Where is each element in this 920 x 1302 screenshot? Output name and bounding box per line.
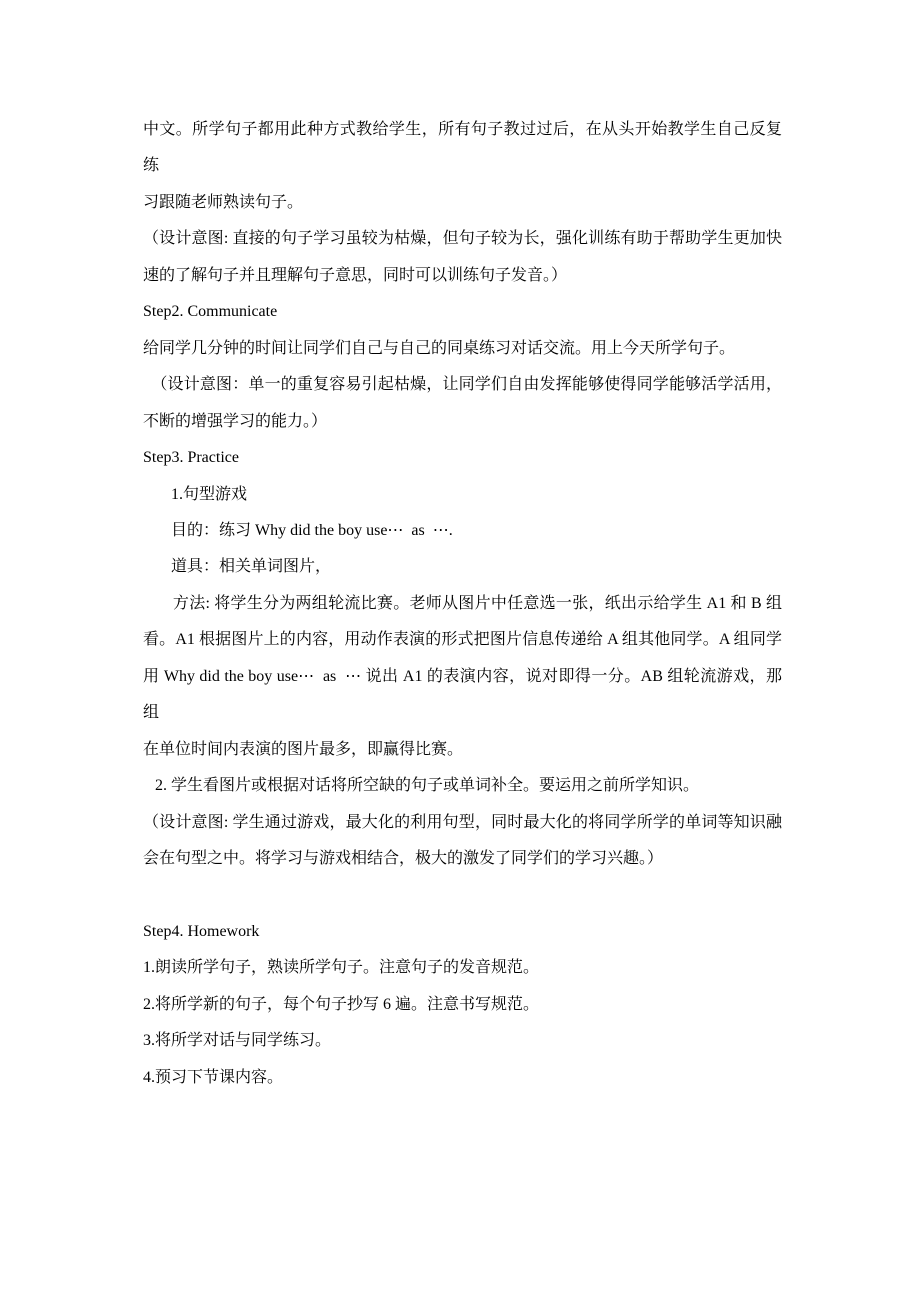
text-line: 给同学几分钟的时间让同学们自己与自己的同桌练习对话交流。用上今天所学句子。 <box>143 331 782 367</box>
text-line: （设计意图：单一的重复容易引起枯燥，让同学们自由发挥能够使得同学能够活学活用， <box>143 367 782 403</box>
text-line: 4.预习下节课内容。 <box>143 1060 782 1096</box>
text-line: 用 Why did the boy use⋯ as ⋯ 说出 A1 的表演内容，… <box>143 659 782 732</box>
text-line: 3.将所学对话与同学练习。 <box>143 1023 782 1059</box>
text-line: 不断的增强学习的能力。） <box>143 404 782 440</box>
text-line: 目的：练习 Why did the boy use⋯ as ⋯. <box>143 513 782 549</box>
text-line: 方法: 将学生分为两组轮流比赛。老师从图片中任意选一张，纸出示给学生 A1 和 … <box>143 586 782 622</box>
text-line: 1.句型游戏 <box>143 477 782 513</box>
text-line: 1.朗读所学句子，熟读所学句子。注意句子的发音规范。 <box>143 950 782 986</box>
text-line: 2.将所学新的句子，每个句子抄写 6 遍。注意书写规范。 <box>143 987 782 1023</box>
document-page: 中文。所学句子都用此种方式教给学生，所有句子教过过后，在从头开始教学生自己反复练… <box>0 0 920 1302</box>
document-text-block: 中文。所学句子都用此种方式教给学生，所有句子教过过后，在从头开始教学生自己反复练… <box>143 112 782 1096</box>
text-line: 速的了解句子并且理解句子意思，同时可以训练句子发音。） <box>143 258 782 294</box>
text-line: （设计意图: 学生通过游戏，最大化的利用句型，同时最大化的将同学所学的单词等知识… <box>143 805 782 841</box>
text-line: 中文。所学句子都用此种方式教给学生，所有句子教过过后，在从头开始教学生自己反复练 <box>143 112 782 185</box>
text-line: （设计意图: 直接的句子学习虽较为枯燥，但句子较为长，强化训练有助于帮助学生更加… <box>143 221 782 257</box>
text-line: Step2. Communicate <box>143 294 782 330</box>
blank-line <box>143 878 782 914</box>
text-line: 道具：相关单词图片， <box>143 549 782 585</box>
text-line: 2. 学生看图片或根据对话将所空缺的句子或单词补全。要运用之前所学知识。 <box>143 768 782 804</box>
text-line: 看。A1 根据图片上的内容，用动作表演的形式把图片信息传递给 A 组其他同学。A… <box>143 622 782 658</box>
text-line: 会在句型之中。将学习与游戏相结合，极大的激发了同学们的学习兴趣。） <box>143 841 782 877</box>
text-line: 在单位时间内表演的图片最多，即赢得比赛。 <box>143 732 782 768</box>
text-line: Step3. Practice <box>143 440 782 476</box>
text-line: 习跟随老师熟读句子。 <box>143 185 782 221</box>
text-line: Step4. Homework <box>143 914 782 950</box>
